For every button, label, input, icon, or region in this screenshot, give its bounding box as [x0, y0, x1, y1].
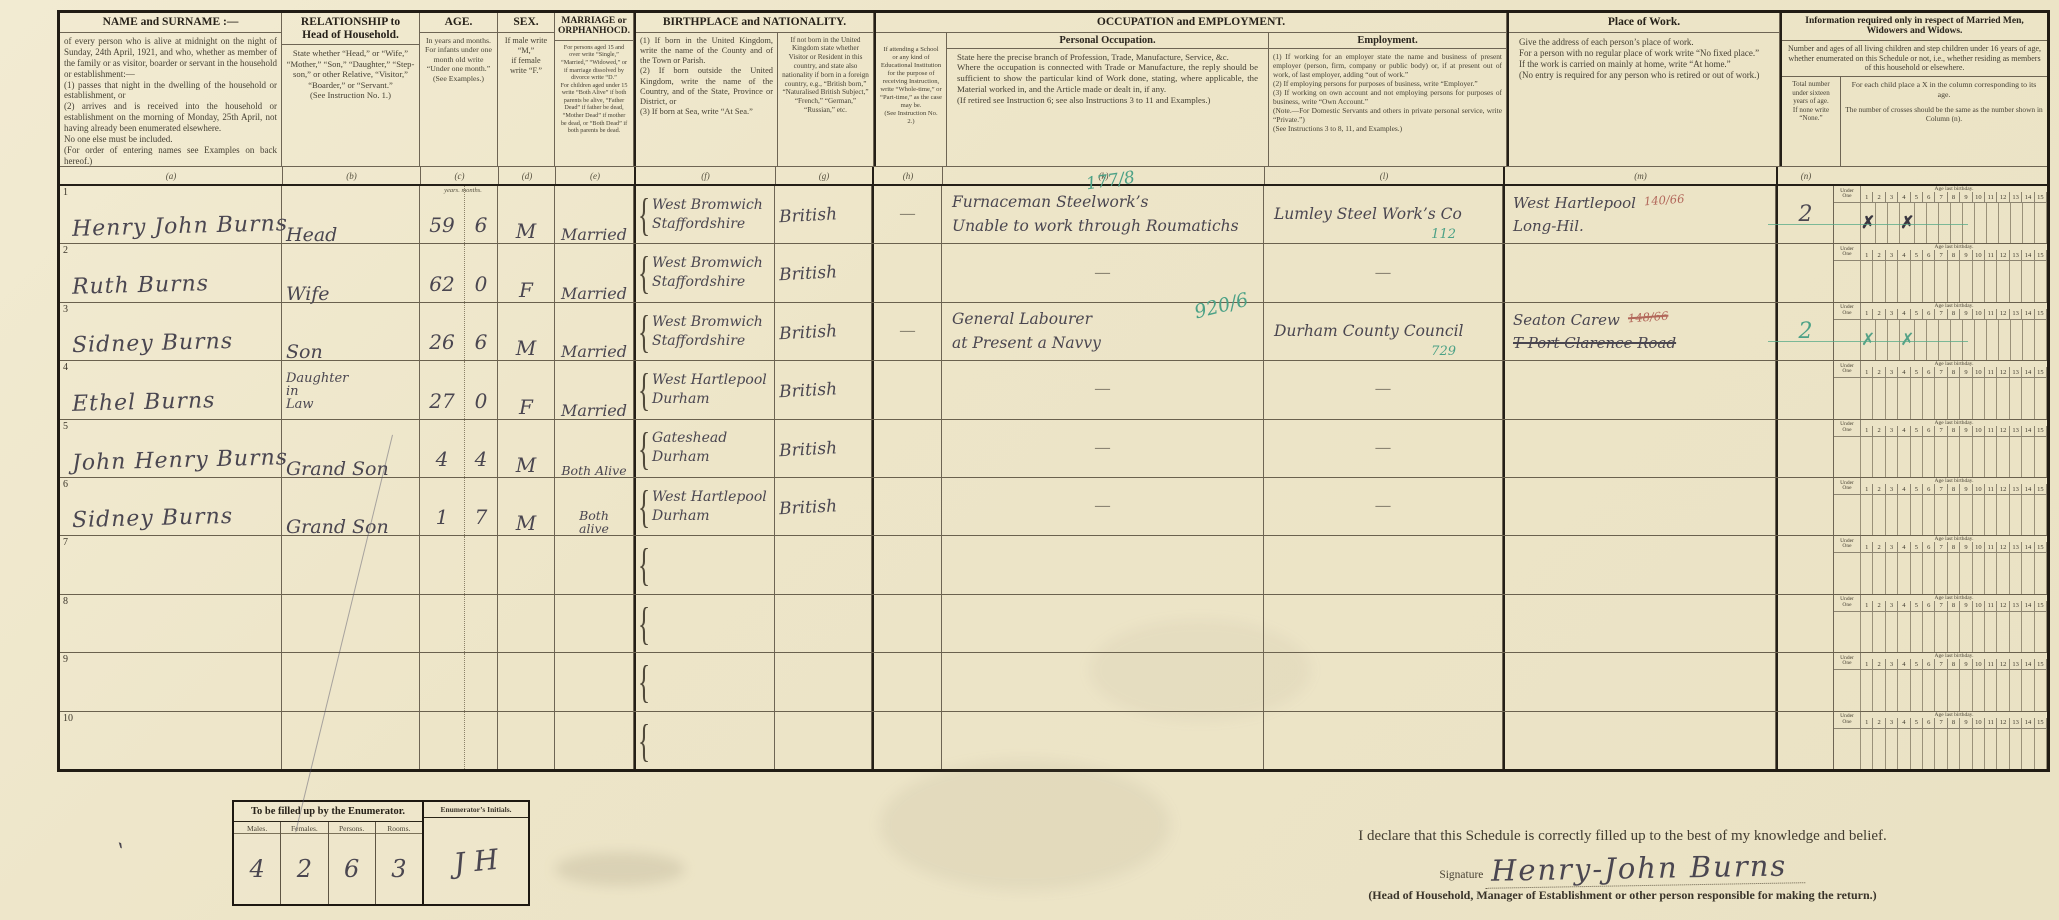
col-header-sex: SEX. If male write “M,” if female write … — [498, 13, 555, 166]
marriage-cell — [555, 712, 634, 769]
age-box — [1886, 261, 1898, 301]
age-number: 8 — [1948, 367, 1960, 377]
age-box — [1973, 437, 1985, 477]
employment-cell: Durham County Council729 — [1264, 303, 1503, 360]
age-number: 14 — [2022, 192, 2034, 202]
age-box — [1923, 495, 1935, 535]
education-cell: — — [872, 186, 942, 243]
age-box — [1997, 670, 2009, 710]
enumerator-box: To be filled up by the Enumerator. Males… — [232, 800, 530, 906]
age-numbers-row: 123456789101112131415 — [1861, 659, 2047, 669]
sex-value: F — [498, 361, 554, 425]
age-numbers-row: 123456789101112131415 — [1861, 601, 2047, 611]
birthplace-cell: {West BromwichStaffordshire — [634, 303, 775, 360]
row-brace: { — [638, 655, 650, 708]
age-box — [2010, 261, 2022, 301]
employment-cell — [1264, 712, 1503, 769]
age-box — [1997, 553, 2009, 593]
age-number: 9 — [1960, 367, 1972, 377]
age-number: 6 — [1923, 484, 1935, 494]
place-of-work-line: Seaton Carew148/66 — [1513, 309, 1775, 332]
nationality-cell: British — [775, 186, 872, 243]
column-letter-d: (d) — [498, 167, 555, 184]
age-years-value: 27 — [420, 361, 464, 418]
age-number: 2 — [1873, 601, 1885, 611]
sex-cell — [498, 712, 555, 769]
enumerator-column: Males.4 — [234, 822, 281, 904]
children-ages-grid: Under OneAge last birthday.1234567891011… — [1834, 420, 2047, 477]
age-box — [2010, 378, 2022, 418]
relationship-cell — [282, 536, 420, 593]
age-number: 2 — [1873, 367, 1885, 377]
age-box — [1861, 261, 1873, 301]
children-ages-cell: Under OneAge last birthday.1234567891011… — [1834, 478, 2047, 535]
birthplace-cell: { — [634, 653, 775, 710]
age-cell: 17 — [420, 478, 498, 535]
census-row: 6Sidney BurnsGrand Son17MBothalive{West … — [60, 478, 2047, 536]
marriage-value: Bothalive — [555, 478, 633, 541]
employment-cell: Lumley Steel Work’s Co112 — [1264, 186, 1503, 243]
place-of-work-value: Seaton Carew148/66T Port Clarence Road — [1505, 303, 1775, 360]
children-ages-cell: Under OneAge last birthday.1234567891011… — [1834, 595, 2047, 652]
occupation-cell: Furnaceman Steelwork’sUnable to work thr… — [942, 186, 1264, 243]
age-number: 6 — [1923, 192, 1935, 202]
children-ages-cell: Under OneAge last birthday.1234567891011… — [1834, 303, 2047, 360]
age-number: 5 — [1911, 542, 1923, 552]
age-box — [1948, 670, 1960, 710]
age-box — [1973, 378, 1985, 418]
age-number: 3 — [1886, 659, 1898, 669]
age-box — [1834, 670, 1861, 710]
row-number: 8 — [63, 596, 68, 607]
name-cell: 7 — [60, 536, 282, 593]
age-number: 8 — [1948, 542, 1960, 552]
birthplace-value: West BromwichStaffordshire — [636, 303, 774, 360]
birthplace-line: West Hartlepool — [652, 371, 774, 390]
age-number: 15 — [2035, 718, 2047, 728]
age-box — [1861, 670, 1873, 710]
age-months-value — [464, 653, 497, 710]
age-box — [1898, 378, 1910, 418]
age-box — [1960, 437, 1972, 477]
age-number: 12 — [1997, 718, 2009, 728]
children-ages-cell: Under OneAge last birthday.1234567891011… — [1834, 244, 2047, 301]
age-number: 3 — [1886, 250, 1898, 260]
age-number: 10 — [1973, 250, 1985, 260]
age-number: 4 — [1898, 484, 1910, 494]
col-header-education: If attending a School or any kind of Edu… — [876, 33, 947, 166]
age-number: 10 — [1973, 718, 1985, 728]
age-number: 14 — [2022, 367, 2034, 377]
age-box — [1973, 729, 1985, 769]
signature-value: Henry-John Burns — [1485, 848, 1806, 889]
under-one-label: Under One — [1834, 361, 1861, 377]
place-of-work-cell — [1503, 478, 1776, 535]
relationship-column-instructions: State whether “Head,” or “Wife,” “Mother… — [282, 45, 419, 103]
age-box — [1886, 612, 1898, 652]
age-box — [1886, 670, 1898, 710]
employment-cell: — — [1264, 478, 1503, 535]
col-header-total-children: Total number under sixteen years of age.… — [1782, 77, 1841, 166]
nationality-cell — [775, 712, 872, 769]
census-row: 4Ethel BurnsDaughterinLaw270FMarried{Wes… — [60, 361, 2047, 419]
marriage-value: Married — [555, 186, 633, 249]
declaration-block: I declare that this Schedule is correctl… — [1205, 828, 2040, 903]
children-ages-cell: Under OneAge last birthday.1234567891011… — [1834, 536, 2047, 593]
age-number: 5 — [1911, 484, 1923, 494]
enumerator-column-label: Females. — [281, 822, 327, 834]
under-one-label: Under One — [1834, 653, 1861, 669]
age-number: 4 — [1898, 542, 1910, 552]
age-box — [1948, 437, 1960, 477]
enumerator-column-label: Persons. — [329, 822, 375, 834]
column-letter-h: (h) — [872, 167, 942, 184]
age-years-value: 4 — [420, 420, 464, 477]
age-box — [1923, 670, 1935, 710]
enumerator-column: Females.2 — [281, 822, 328, 904]
children-ages-header: Under OneAge last birthday.1234567891011… — [1834, 712, 2047, 729]
age-box — [1948, 378, 1960, 418]
total-children-cell: 2 — [1776, 186, 1834, 243]
age-years-value — [420, 712, 464, 769]
marriage-cell — [555, 536, 634, 593]
birthplace-value: West BromwichStaffordshire — [636, 244, 774, 301]
row-number: 4 — [63, 362, 68, 373]
occupation-employment-group: OCCUPATION and EMPLOYMENT. If attending … — [874, 13, 1507, 166]
age-box — [1948, 612, 1960, 652]
age-box — [1886, 729, 1898, 769]
age-number: 15 — [2035, 426, 2047, 436]
children-ages-grid: Under OneAge last birthday.1234567891011… — [1834, 536, 2047, 593]
children-ages-header: Under OneAge last birthday.1234567891011… — [1834, 186, 2047, 203]
pencil-tick: ` — [106, 839, 128, 872]
column-letter-a: (a) — [60, 167, 282, 184]
age-number: 11 — [1985, 367, 1997, 377]
age-box — [1985, 670, 1997, 710]
age-box — [1898, 553, 1910, 593]
age-number: 15 — [2035, 367, 2047, 377]
age-months-value — [464, 712, 497, 769]
total-children-cell — [1776, 653, 1834, 710]
nationality-cell: British — [775, 361, 872, 418]
enumerator-counts: To be filled up by the Enumerator. Males… — [234, 802, 424, 904]
employment-dash: — — [1264, 478, 1502, 535]
birthplace-value: West HartlepoolDurham — [636, 361, 774, 418]
age-number: 14 — [2022, 601, 2034, 611]
children-ages-boxes — [1834, 729, 2047, 769]
age-box — [1973, 670, 1985, 710]
col-header-nationality: If not born in the United Kingdom state … — [778, 33, 873, 166]
age-number: 9 — [1960, 718, 1972, 728]
relationship-cell: DaughterinLaw — [282, 361, 420, 418]
education-cell — [872, 361, 942, 418]
age-number: 11 — [1985, 309, 1997, 319]
age-number: 6 — [1923, 659, 1935, 669]
marriage-value: Married — [555, 361, 633, 424]
marriage-cell: Married — [555, 361, 634, 418]
total-children-cell: 2 — [1776, 303, 1834, 360]
age-box — [2010, 612, 2022, 652]
name-cell: 2Ruth Burns — [60, 244, 282, 301]
relationship-line: Grand Son — [286, 518, 415, 537]
age-number: 1 — [1861, 484, 1873, 494]
age-number: 9 — [1960, 426, 1972, 436]
occupation-line: Unable to work through Roumatichs — [952, 215, 1263, 238]
age-number: 14 — [2022, 309, 2034, 319]
education-cell — [872, 712, 942, 769]
age-box — [1873, 495, 1885, 535]
age-number: 6 — [1923, 718, 1935, 728]
birthplace-cell: {West BromwichStaffordshire — [634, 186, 775, 243]
age-columns-header: Age last birthday.123456789101112131415 — [1861, 361, 2047, 377]
education-dash: — — [874, 303, 941, 360]
age-columns-header: Age last birthday.123456789101112131415 — [1861, 478, 2047, 494]
age-box — [1834, 378, 1861, 418]
children-ages-boxes — [1834, 378, 2047, 418]
total-children-value: 2 — [1778, 303, 1833, 360]
occupation-cell — [942, 712, 1264, 769]
age-columns-header: Age last birthday.123456789101112131415 — [1861, 186, 2047, 202]
age-box — [1873, 553, 1885, 593]
age-box — [1911, 553, 1923, 593]
place-of-work-cell: Seaton Carew148/66T Port Clarence Road — [1503, 303, 1776, 360]
age-numbers-row: 123456789101112131415 — [1861, 250, 2047, 260]
nationality-value: British — [774, 417, 873, 479]
age-number: 9 — [1960, 484, 1972, 494]
marriage-line: Married — [561, 403, 627, 419]
age-box — [2035, 320, 2047, 360]
age-number: 1 — [1861, 367, 1873, 377]
nationality-cell: British — [775, 420, 872, 477]
age-box — [1898, 670, 1910, 710]
age-box — [1923, 378, 1935, 418]
age-box — [1873, 378, 1885, 418]
row-brace: { — [638, 305, 650, 358]
married-info-subtitle: Number and ages of all living children a… — [1782, 41, 2047, 77]
age-box — [2035, 261, 2047, 301]
age-number: 6 — [1923, 601, 1935, 611]
place-of-work-line: Long-Hil. — [1513, 215, 1775, 238]
employment-line: Lumley Steel Work’s Co — [1274, 203, 1502, 226]
age-number: 13 — [2010, 542, 2022, 552]
age-number: 6 — [1923, 542, 1935, 552]
marriage-line: Married — [561, 344, 627, 360]
row-brace: { — [638, 188, 650, 241]
age-box — [2010, 553, 2022, 593]
education-cell — [872, 244, 942, 301]
sex-cell: F — [498, 361, 555, 418]
children-ages-boxes — [1834, 670, 2047, 710]
age-number: 5 — [1911, 601, 1923, 611]
age-number: 12 — [1997, 426, 2009, 436]
age-number: 5 — [1911, 309, 1923, 319]
personal-occupation-instructions: State here the precise branch of Profess… — [947, 49, 1268, 109]
age-number: 11 — [1985, 601, 1997, 611]
age-number: 7 — [1935, 250, 1947, 260]
name-cell: 6Sidney Burns — [60, 478, 282, 535]
marriage-line: alive — [579, 523, 609, 536]
age-years-value: 1 — [420, 478, 464, 535]
row-brace: { — [638, 480, 650, 533]
age-number: 1 — [1861, 718, 1873, 728]
age-number: 12 — [1997, 601, 2009, 611]
table-header: NAME and SURNAME :— of every person who … — [60, 13, 2047, 167]
col-header-age: AGE. In years and months. For infants un… — [420, 13, 498, 166]
enumerator-column: Rooms.3 — [376, 822, 422, 904]
children-ages-cell: Under OneAge last birthday.1234567891011… — [1834, 653, 2047, 710]
birthplace-cell: { — [634, 536, 775, 593]
age-box — [1861, 612, 1873, 652]
age-number: 7 — [1935, 367, 1947, 377]
enumerator-column-value: 3 — [376, 834, 422, 904]
age-number: 15 — [2035, 250, 2047, 260]
age-box — [1985, 261, 1997, 301]
declaration-caption: (Head of Household, Manager of Establish… — [1205, 888, 2040, 903]
age-box — [1873, 729, 1885, 769]
relationship-value: Head — [282, 186, 419, 247]
age-number: 12 — [1997, 192, 2009, 202]
total-children-instructions: Total number under sixteen years of age.… — [1782, 77, 1840, 126]
age-number: 2 — [1873, 542, 1885, 552]
age-box — [1948, 261, 1960, 301]
age-box — [1834, 261, 1861, 301]
age-box — [1923, 729, 1935, 769]
age-box — [1999, 203, 2011, 243]
age-number: 13 — [2010, 250, 2022, 260]
marriage-cell: Bothalive — [555, 478, 634, 535]
sex-cell: M — [498, 420, 555, 477]
age-box — [1911, 437, 1923, 477]
registrar-code-red: 148/66 — [1627, 308, 1669, 328]
children-ages-grid: Under OneAge last birthday.1234567891011… — [1834, 361, 2047, 418]
age-number: 8 — [1948, 659, 1960, 669]
signature-label: Signature — [1439, 869, 1483, 881]
census-row: 1Henry John BurnsHead596MMarried{West Br… — [60, 186, 2047, 244]
age-number: 3 — [1886, 426, 1898, 436]
marriage-line: Both Alive — [561, 465, 626, 478]
relationship-value: Grand Son — [282, 478, 419, 539]
age-number: 9 — [1960, 601, 1972, 611]
birthplace-value: GatesheadDurham — [636, 420, 774, 477]
age-box — [1861, 495, 1873, 535]
age-months-value: 4 — [464, 420, 497, 477]
marriage-value: Both Alive — [555, 420, 633, 483]
age-number: 13 — [2010, 484, 2022, 494]
age-number: 2 — [1873, 250, 1885, 260]
employment-cell: — — [1264, 361, 1503, 418]
children-ages-grid: Under OneAge last birthday.1234567891011… — [1834, 653, 2047, 710]
marriage-cell: Both Alive — [555, 420, 634, 477]
birthplace-cell: {West BromwichStaffordshire — [634, 244, 775, 301]
census-row: 9{Under OneAge last birthday.12345678910… — [60, 653, 2047, 711]
age-box — [1960, 495, 1972, 535]
age-number: 8 — [1948, 601, 1960, 611]
education-cell: — — [872, 303, 942, 360]
education-cell — [872, 595, 942, 652]
birthplace-line: West Bromwich — [652, 313, 774, 332]
age-years-value — [420, 536, 464, 593]
paper-stain — [555, 852, 685, 886]
birthplace-line: Staffordshire — [652, 273, 774, 292]
age-box — [1935, 378, 1947, 418]
birthplace-line: Durham — [652, 448, 774, 467]
nationality-value: British — [774, 359, 873, 421]
birthplace-line: Staffordshire — [652, 215, 774, 234]
age-box — [1911, 378, 1923, 418]
age-cell — [420, 712, 498, 769]
occupation-cell: General Labourerat Present a Navvy920/6 — [942, 303, 1264, 360]
column-letter-f: (f) — [634, 167, 775, 184]
children-ages-note2: The number of crosses should be the same… — [1841, 102, 2047, 126]
under-one-label: Under One — [1834, 420, 1861, 436]
name-cell: 1Henry John Burns — [60, 186, 282, 243]
age-number: 4 — [1898, 250, 1910, 260]
place-of-work-cell — [1503, 244, 1776, 301]
age-box — [2022, 495, 2034, 535]
age-number: 11 — [1985, 426, 1997, 436]
marriage-cell: Married — [555, 244, 634, 301]
age-number: 6 — [1923, 367, 1935, 377]
under-one-label: Under One — [1834, 712, 1861, 728]
enumerator-column-value: 6 — [329, 834, 375, 904]
children-ages-boxes — [1834, 261, 2047, 301]
age-number: 1 — [1861, 601, 1873, 611]
column-letters-row: (a) (b) (c) (d) (e) (f) (g) (h) (k) (l) … — [60, 167, 2047, 186]
age-number: 12 — [1997, 484, 2009, 494]
relationship-cell: Head — [282, 186, 420, 243]
age-box — [1911, 495, 1923, 535]
sex-value: M — [498, 303, 554, 367]
age-months-value: 7 — [464, 478, 497, 535]
col-header-marriage: MARRIAGE or ORPHANHOCD. For persons aged… — [555, 13, 634, 166]
employment-title: Employment. — [1269, 33, 1506, 49]
age-box — [1997, 612, 2009, 652]
age-box — [2022, 729, 2034, 769]
sex-value: F — [498, 244, 554, 308]
occupation-cell: — — [942, 420, 1264, 477]
enumerator-column-value: 4 — [234, 834, 280, 904]
age-number: 3 — [1886, 309, 1898, 319]
age-box — [2022, 437, 2034, 477]
col-header-children-ages: For each child place a X in the column c… — [1841, 77, 2047, 166]
paper-stain — [880, 760, 1170, 890]
age-box — [1999, 320, 2011, 360]
age-box — [2010, 670, 2022, 710]
age-number: 11 — [1985, 718, 1997, 728]
age-box — [2022, 378, 2034, 418]
education-instructions: If attending a School or any kind of Edu… — [876, 43, 946, 129]
married-info-title: Information required only in respect of … — [1782, 13, 2047, 41]
children-ages-cell: Under OneAge last birthday.1234567891011… — [1834, 712, 2047, 769]
age-number: 9 — [1960, 659, 1972, 669]
children-ages-cell: Under OneAge last birthday.1234567891011… — [1834, 186, 2047, 243]
age-number: 1 — [1861, 309, 1873, 319]
age-months-value: 0 — [464, 361, 497, 418]
age-number: 13 — [2010, 601, 2022, 611]
column-letter-n: (n) — [1776, 167, 1834, 184]
age-columns-header: Age last birthday.123456789101112131415 — [1861, 653, 2047, 669]
name-cell: 3Sidney Burns — [60, 303, 282, 360]
children-ages-boxes — [1834, 495, 2047, 535]
age-number: 10 — [1973, 309, 1985, 319]
age-months-value — [464, 595, 497, 652]
birthplace-cell: { — [634, 595, 775, 652]
enumerator-column-label: Rooms. — [376, 822, 422, 834]
under-one-label: Under One — [1834, 303, 1861, 319]
age-box — [1911, 612, 1923, 652]
age-number: 8 — [1948, 718, 1960, 728]
age-number: 12 — [1997, 309, 2009, 319]
